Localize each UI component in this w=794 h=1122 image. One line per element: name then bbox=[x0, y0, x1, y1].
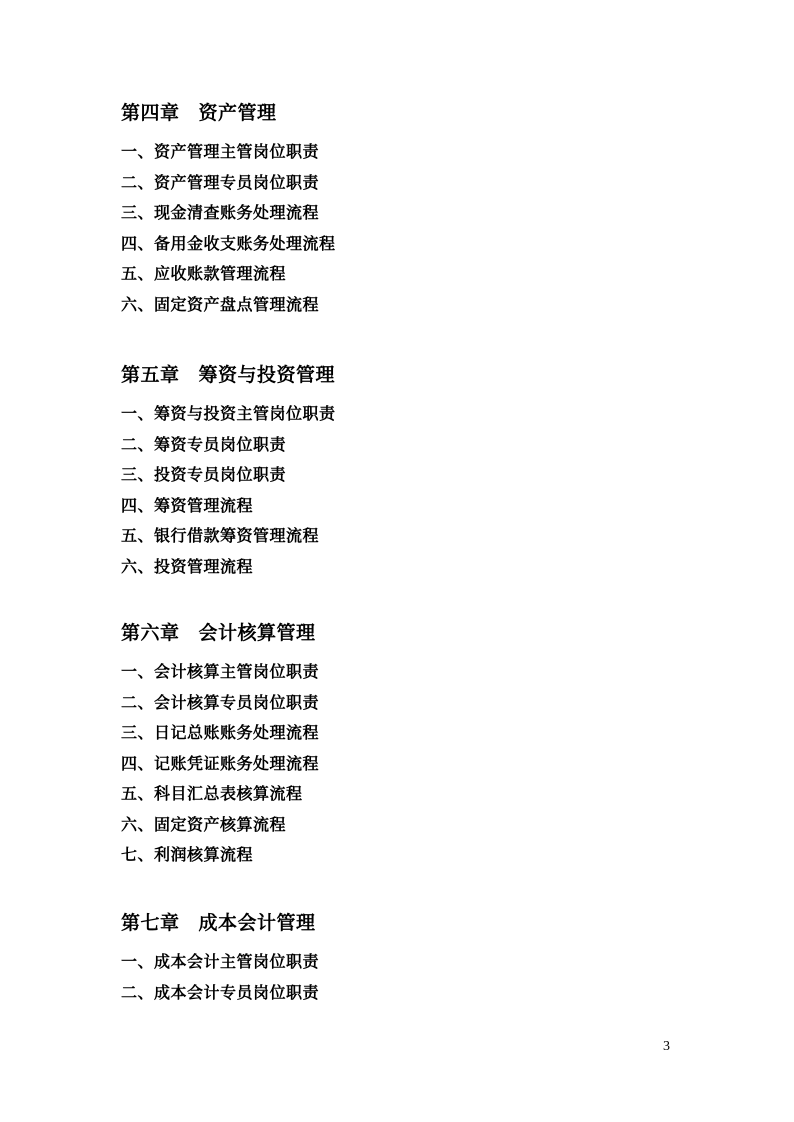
toc-item: 七、利润核算流程 bbox=[121, 841, 319, 872]
toc-item: 一、资产管理主管岗位职责 bbox=[121, 138, 336, 169]
toc-item: 四、筹资管理流程 bbox=[121, 492, 336, 523]
toc-item: 二、会计核算专员岗位职责 bbox=[121, 689, 319, 720]
toc-item: 六、投资管理流程 bbox=[121, 553, 336, 584]
chapter-section-7: 第七章成本会计管理 一、成本会计主管岗位职责 二、成本会计专员岗位职责 bbox=[121, 913, 319, 1009]
chapter-number: 第六章 bbox=[121, 623, 180, 644]
chapter-number: 第七章 bbox=[121, 913, 180, 934]
chapter-title: 会计核算管理 bbox=[199, 623, 316, 644]
chapter-title: 成本会计管理 bbox=[199, 913, 316, 934]
toc-item: 五、银行借款筹资管理流程 bbox=[121, 522, 336, 553]
toc-item: 二、成本会计专员岗位职责 bbox=[121, 979, 319, 1010]
page-number: 3 bbox=[663, 1038, 670, 1056]
chapter-title: 筹资与投资管理 bbox=[199, 365, 336, 386]
toc-item: 四、备用金收支账务处理流程 bbox=[121, 230, 336, 261]
toc-item: 四、记账凭证账务处理流程 bbox=[121, 750, 319, 781]
toc-item: 一、筹资与投资主管岗位职责 bbox=[121, 400, 336, 431]
chapter-heading: 第四章资产管理 bbox=[121, 103, 336, 125]
chapter-heading: 第五章筹资与投资管理 bbox=[121, 365, 336, 387]
toc-item: 一、会计核算主管岗位职责 bbox=[121, 658, 319, 689]
chapter-number: 第四章 bbox=[121, 103, 180, 124]
chapter-section-5: 第五章筹资与投资管理 一、筹资与投资主管岗位职责 二、筹资专员岗位职责 三、投资… bbox=[121, 365, 336, 583]
chapter-section-6: 第六章会计核算管理 一、会计核算主管岗位职责 二、会计核算专员岗位职责 三、日记… bbox=[121, 623, 319, 872]
toc-item: 五、应收账款管理流程 bbox=[121, 260, 336, 291]
toc-item: 三、日记总账账务处理流程 bbox=[121, 719, 319, 750]
toc-item: 三、投资专员岗位职责 bbox=[121, 461, 336, 492]
toc-item: 二、资产管理专员岗位职责 bbox=[121, 169, 336, 200]
toc-item: 六、固定资产核算流程 bbox=[121, 811, 319, 842]
chapter-number: 第五章 bbox=[121, 365, 180, 386]
toc-item: 五、科目汇总表核算流程 bbox=[121, 780, 319, 811]
chapter-heading: 第六章会计核算管理 bbox=[121, 623, 319, 645]
chapter-heading: 第七章成本会计管理 bbox=[121, 913, 319, 935]
toc-item: 六、固定资产盘点管理流程 bbox=[121, 291, 336, 322]
chapter-title: 资产管理 bbox=[199, 103, 277, 124]
toc-item: 二、筹资专员岗位职责 bbox=[121, 431, 336, 462]
chapter-section-4: 第四章资产管理 一、资产管理主管岗位职责 二、资产管理专员岗位职责 三、现金清查… bbox=[121, 103, 336, 321]
toc-item: 一、成本会计主管岗位职责 bbox=[121, 948, 319, 979]
toc-item: 三、现金清查账务处理流程 bbox=[121, 199, 336, 230]
document-page: 第四章资产管理 一、资产管理主管岗位职责 二、资产管理专员岗位职责 三、现金清查… bbox=[0, 0, 794, 1122]
